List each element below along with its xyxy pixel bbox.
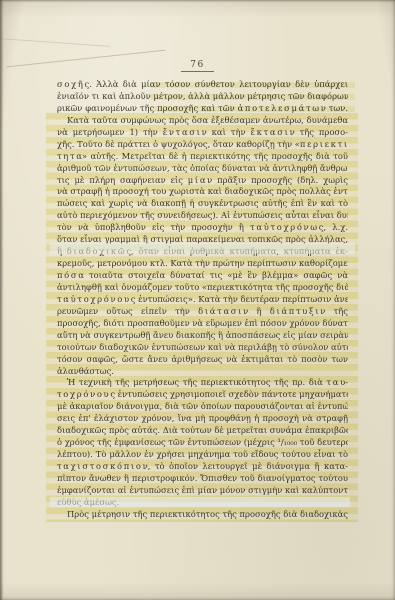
text-line-24: τόσον σαφῶς, ὥστε ἄνευ ἀριθμήσεως νὰ ἐκτ…: [57, 354, 348, 366]
text-line-32: λέπτου). Τὸ μᾶλλον ἐν χρήσει μηχάνημα το…: [57, 449, 348, 461]
text-line-2: ἑνιαῖόν τι καὶ ἁπλοῦν μέτρον, ἀλλὰ μᾶλλο…: [57, 91, 348, 103]
text-line-8: ἀριθμοῦ τῶν ἐντυπώσεων, τὰς ὁποίας δύνατ…: [57, 163, 348, 175]
text-block: σ ο χ ῆ ς. Ἀλλὰ διὰ μίαν τόσον σύνθετον …: [57, 79, 348, 521]
text-line-15: ἢ δ ι α δ ο χ ι κ ῶ ς, ὅταν εἶναι ῥυθμικ…: [57, 246, 348, 258]
text-line-21: προσοχῆς, διότι προσπαθοῦμεν νὰ εὕρωμεν …: [57, 318, 348, 330]
text-line-18: ἀντιληφθῇ καὶ ὀνομάζομεν τοῦτο «περιεκτι…: [57, 282, 348, 294]
text-line-4: Κατὰ ταῦτα συμφώνως πρὸς ὅσα ἐξεθέσαμεν …: [57, 115, 348, 127]
paper-crease: [0, 38, 110, 47]
text-line-19: τ α ὐ τ ο χ ρ ό ν ο υ ς ἐντυπώσεις». Κατ…: [57, 294, 348, 306]
text-line-35: ἐμφανίζονται αἱ ἐντυπώσεις ἐπὶ μίαν μόνο…: [57, 485, 348, 497]
text-line-33: τ α χ ι σ τ ο σ κ ό π ι ο ν, τὸ ὁποῖον λ…: [57, 461, 348, 473]
text-line-25: ἀλανθάστως.: [57, 366, 348, 378]
text-line-20: ρευνῶμεν οὕτως εἰπεῖν τὴν δ ι ά τ α σ ι …: [57, 306, 348, 318]
text-line-30: διαδοχικῶς πρὸς αὐτάς. Διὰ τούτων δὲ μετ…: [57, 425, 348, 437]
text-line-13: τὸν νὰ ὑποβληθοῦν εἰς τὴν προσοχὴν ἢ τ α…: [57, 222, 348, 234]
text-line-10: νὰ στραφῇ ἡ προσοχή του χωριστὰ καὶ διαδ…: [57, 186, 348, 198]
text-line-27: τ ο χ ρ ό ν ο υ ς ἐντυπώσεις χρησιμοποιε…: [57, 389, 348, 401]
text-line-22: αὕτη νὰ συγκεντρωθῇ ἄνευ διακοπῆς ἢ ἀποσ…: [57, 330, 348, 342]
text-line-14: ὅταν εἶναι γραμμαὶ ἢ στιγμαὶ παρακείμενα…: [57, 234, 348, 246]
text-line-12: αὐτὸ περιεχόμενον τῆς συνειδήσεως). Αἱ ἐ…: [57, 210, 348, 222]
text-line-36: εὐθὺς ἀμέσως.: [57, 497, 348, 509]
text-line-28: μὲ ἀκαριαῖον διάνοιγμα, διὰ τῶν ὁποίων π…: [57, 401, 348, 413]
text-line-3: ρικῶν φαινομένων τῆς προσοχῆς καὶ τῶν ἀ …: [57, 103, 348, 115]
text-line-26: Ἡ τεχνικὴ τῆς μετρήσεως τῆς περιεκτικότη…: [57, 377, 348, 389]
text-line-9: τις μὲ πλήρη σαφήνειαν εἰς μ ί α ν πρᾶξι…: [57, 175, 348, 187]
text-line-1: σ ο χ ῆ ς. Ἀλλὰ διὰ μίαν τόσον σύνθετον …: [57, 79, 348, 91]
text-line-16: κρεμοῦς, μετρονόμου κτλ. Κατὰ τὴν πρώτην…: [57, 258, 348, 270]
text-line-31: ὁ χρόνος τῆς ἐμφανίσεως τῶν ἐντυπώσεων (…: [57, 437, 348, 449]
text-line-37: Πρὸς μέτρησιν τῆς περιεκτικότητος τῆς πρ…: [57, 509, 348, 521]
page-number: 76: [181, 60, 213, 72]
page-header: 76: [0, 52, 395, 72]
text-line-29: σεις ἐπ' ἐλάχιστον χρόνον, ἵνα μὴ προφθά…: [57, 413, 348, 425]
text-line-23: τοιούτων διαδοχικῶν ἐντυπώσεων καὶ νὰ πε…: [57, 342, 348, 354]
text-line-34: πῖπτον ἄνωθεν ἢ περιστροφικόν. Ὄπισθεν τ…: [57, 473, 348, 485]
text-line-7: τ η τ α» αὐτῆς. Μετρεῖται δὲ ἡ περιεκτικ…: [57, 151, 348, 163]
text-line-5: νὰ μετρήσωμεν 1) τὴν ἔ ν τ α σ ι ν καὶ τ…: [57, 127, 348, 139]
scanned-book-page: 76 σ ο χ ῆ ς. Ἀλλὰ διὰ μίαν τόσον σύνθετ…: [0, 0, 395, 600]
text-line-11: πώσεις καὶ χωρὶς νὰ διακοπῇ ἡ συγκέντρωσ…: [57, 198, 348, 210]
text-line-17: π ό σ α τοιαῦτα στοιχεῖα δύναταί τις «μὲ…: [57, 270, 348, 282]
text-line-6: χῆς. Τοῦτο δὲ πράττει ὁ ψυχολόγος, ὅταν …: [57, 139, 348, 151]
